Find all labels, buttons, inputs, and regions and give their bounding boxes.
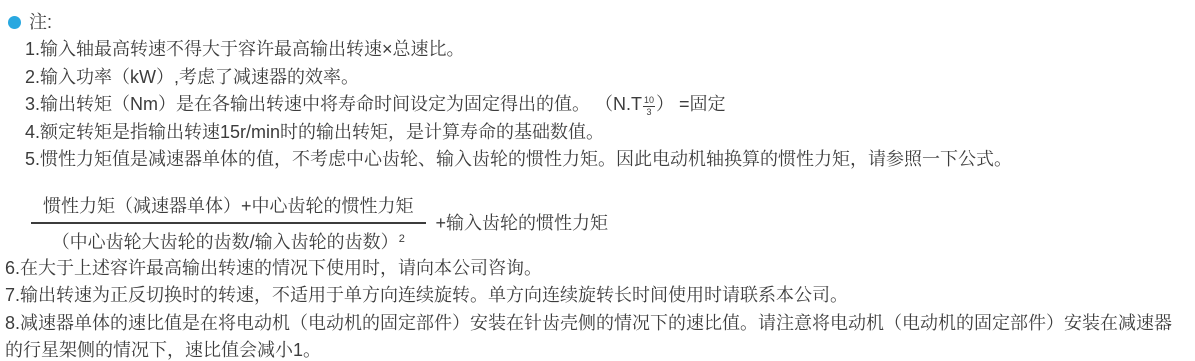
inertia-formula: 惯性力矩（减速器单体）+中心齿轮的惯性力矩 （中心齿轮大齿轮的齿数/输入齿轮的齿… xyxy=(31,195,1187,253)
formula-denominator-exponent: 2 xyxy=(399,233,405,245)
note-item-5: 5.惯性力矩值是减速器单体的值，不考虑中心齿轮、输入齿轮的惯性力矩。因此电动机轴… xyxy=(25,146,1187,174)
notes-document: 注: 1.输入轴最高转速不得大于容许最高输出转速×总速比。 2.输入功率（kW）… xyxy=(0,0,1195,361)
note-item-5-text: 5.惯性力矩值是减速器单体的值，不考虑中心齿轮、输入齿轮的惯性力矩。因此电动机轴… xyxy=(25,149,1012,169)
note-item-6: 6.在大于上述容许最高输出转速的情况下使用时，请向本公司咨询。 xyxy=(5,255,1187,283)
note-list-flush: 6.在大于上述容许最高输出转速的情况下使用时，请向本公司咨询。 7.输出转速为正… xyxy=(3,255,1187,361)
note-item-4-text: 4.额定转矩是指输出转速15r/min时的输出转矩，是计算寿命的基础数值。 xyxy=(25,122,604,142)
note-title: 注: xyxy=(29,9,52,37)
note-item-8-line-1-text: 8.减速器单体的速比值是在将电动机（电动机的固定部件）安装在针齿壳侧的情况下的速… xyxy=(5,313,1172,333)
exponent-fraction: 103 xyxy=(643,96,655,117)
exponent-numerator: 10 xyxy=(643,96,655,107)
note-item-3-text: 3.输出转矩（Nm）是在各输出转速中将寿命时间设定为固定得出的值。 （N.T xyxy=(25,94,642,114)
formula-denominator: （中心齿轮大齿轮的齿数/输入齿轮的齿数）2 xyxy=(31,224,426,253)
note-item-6-text: 6.在大于上述容许最高输出转速的情况下使用时，请向本公司咨询。 xyxy=(5,258,542,278)
note-bullet-icon xyxy=(8,16,21,29)
note-item-7: 7.输出转速为正反切换时的转速，不适用于单方向连续旋转。单方向连续旋转长时间使用… xyxy=(5,282,1187,310)
formula-fraction: 惯性力矩（减速器单体）+中心齿轮的惯性力矩 （中心齿轮大齿轮的齿数/输入齿轮的齿… xyxy=(31,195,426,253)
note-item-3: 3.输出转矩（Nm）是在各输出转速中将寿命时间设定为固定得出的值。 （N.T10… xyxy=(25,91,1187,119)
note-header: 注: xyxy=(8,9,1187,36)
formula-numerator: 惯性力矩（减速器单体）+中心齿轮的惯性力矩 xyxy=(31,195,426,224)
note-item-3-suffix: ） =固定 xyxy=(656,94,726,114)
note-item-8-line-2-text: 的行星架侧的情况下，速比值会减小1。 xyxy=(5,340,321,360)
note-item-4: 4.额定转矩是指输出转速15r/min时的输出转矩，是计算寿命的基础数值。 xyxy=(25,119,1187,147)
note-item-2-text: 2.输入功率（kW）,考虑了减速器的效率。 xyxy=(25,67,359,87)
formula-suffix: +输入齿轮的惯性力矩 xyxy=(436,210,609,238)
formula-denominator-text: （中心齿轮大齿轮的齿数/输入齿轮的齿数） xyxy=(52,232,399,252)
note-item-8-line-1: 8.减速器单体的速比值是在将电动机（电动机的固定部件）安装在针齿壳侧的情况下的速… xyxy=(5,310,1187,338)
note-item-1: 1.输入轴最高转速不得大于容许最高输出转速×总速比。 xyxy=(25,36,1187,64)
note-item-8-line-2: 的行星架侧的情况下，速比值会减小1。 xyxy=(5,337,1187,361)
note-item-2: 2.输入功率（kW）,考虑了减速器的效率。 xyxy=(25,64,1187,92)
note-list-indented: 1.输入轴最高转速不得大于容许最高输出转速×总速比。 2.输入功率（kW）,考虑… xyxy=(3,36,1187,174)
note-item-1-text: 1.输入轴最高转速不得大于容许最高输出转速×总速比。 xyxy=(25,39,465,59)
note-item-7-text: 7.输出转速为正反切换时的转速，不适用于单方向连续旋转。单方向连续旋转长时间使用… xyxy=(5,285,848,305)
exponent-denominator: 3 xyxy=(647,107,652,117)
